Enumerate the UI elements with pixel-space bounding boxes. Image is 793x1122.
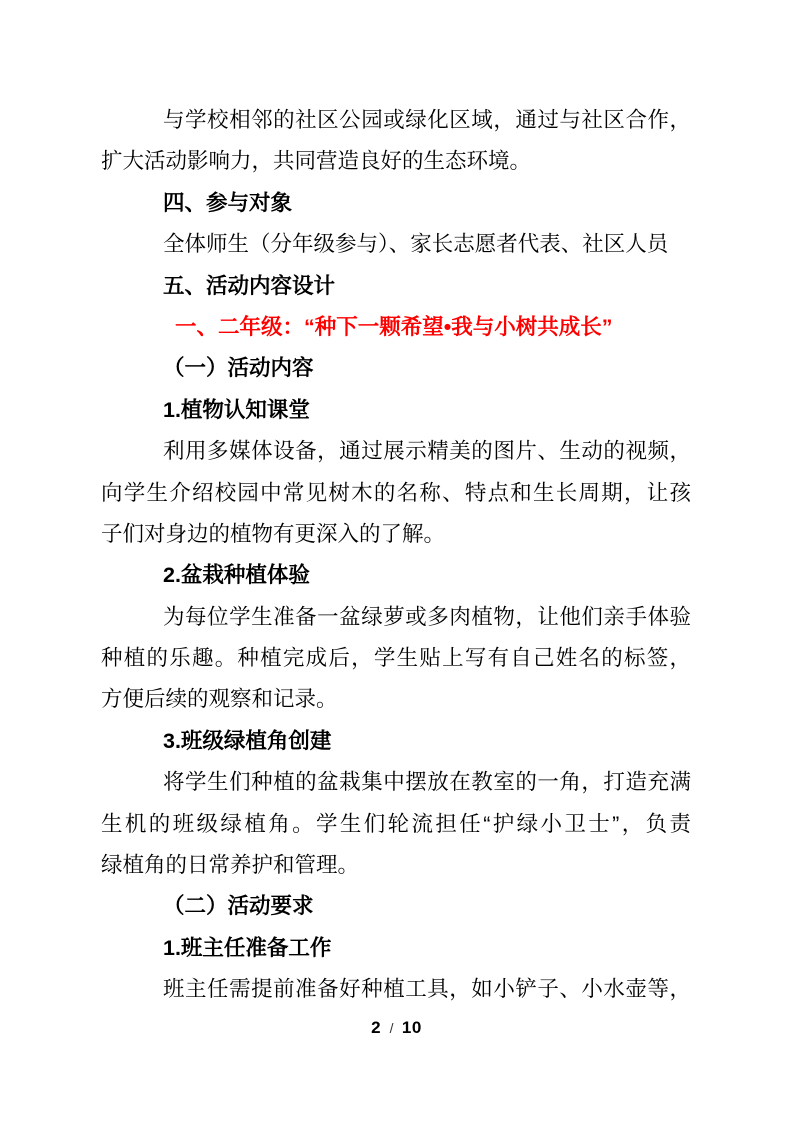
heading-item1-teacher-prep: 1.班主任准备工作	[101, 928, 691, 969]
page-number: 2	[371, 1018, 381, 1037]
page-total: 10	[402, 1018, 422, 1037]
para-plant-class-line1: 利用多媒体设备，通过展示精美的图片、生动的视频，	[101, 431, 691, 472]
heading-activity-requirements: （二）活动要求	[101, 886, 691, 927]
para-green-corner-line3: 绿植角的日常养护和管理。	[101, 845, 691, 886]
para-community-line2: 扩大活动影响力，共同营造良好的生态环境。	[101, 141, 691, 182]
para-green-corner-line2: 生机的班级绿植角。学生们轮流担任“护绿小卫士”，负责	[101, 804, 691, 845]
page-separator: /	[390, 1020, 394, 1036]
heading-grade1-2-theme: 一、二年级：“种下一颗希望•我与小树共成长”	[101, 307, 691, 348]
para-plant-class-line2: 向学生介绍校园中常见树木的名称、特点和生长周期，让孩	[101, 473, 691, 514]
para-teacher-prep-line1: 班主任需提前准备好种植工具，如小铲子、小水壶等，	[101, 969, 691, 1010]
heading-item2-potting: 2.盆栽种植体验	[101, 555, 691, 596]
para-community-line1: 与学校相邻的社区公园或绿化区域，通过与社区合作，	[101, 100, 691, 141]
heading-item1-plant-class: 1.植物认知课堂	[101, 390, 691, 431]
para-potting-line2: 种植的乐趣。种植完成后，学生贴上写有自己姓名的标签，	[101, 638, 691, 679]
para-participants: 全体师生（分年级参与）、家长志愿者代表、社区人员	[101, 224, 691, 265]
page-footer: 2 / 10	[0, 1018, 793, 1038]
heading-section5-activity-design: 五、活动内容设计	[101, 266, 691, 307]
heading-item3-green-corner: 3.班级绿植角创建	[101, 721, 691, 762]
para-potting-line1: 为每位学生准备一盆绿萝或多肉植物，让他们亲手体验	[101, 597, 691, 638]
heading-activity-content: （一）活动内容	[101, 348, 691, 389]
heading-section4-participants: 四、参与对象	[101, 183, 691, 224]
para-plant-class-line3: 子们对身边的植物有更深入的了解。	[101, 514, 691, 555]
para-green-corner-line1: 将学生们种植的盆栽集中摆放在教室的一角，打造充满	[101, 762, 691, 803]
para-potting-line3: 方便后续的观察和记录。	[101, 679, 691, 720]
document-page: 与学校相邻的社区公园或绿化区域，通过与社区合作，扩大活动影响力，共同营造良好的生…	[0, 0, 793, 1122]
document-body: 与学校相邻的社区公园或绿化区域，通过与社区合作，扩大活动影响力，共同营造良好的生…	[101, 100, 691, 1011]
